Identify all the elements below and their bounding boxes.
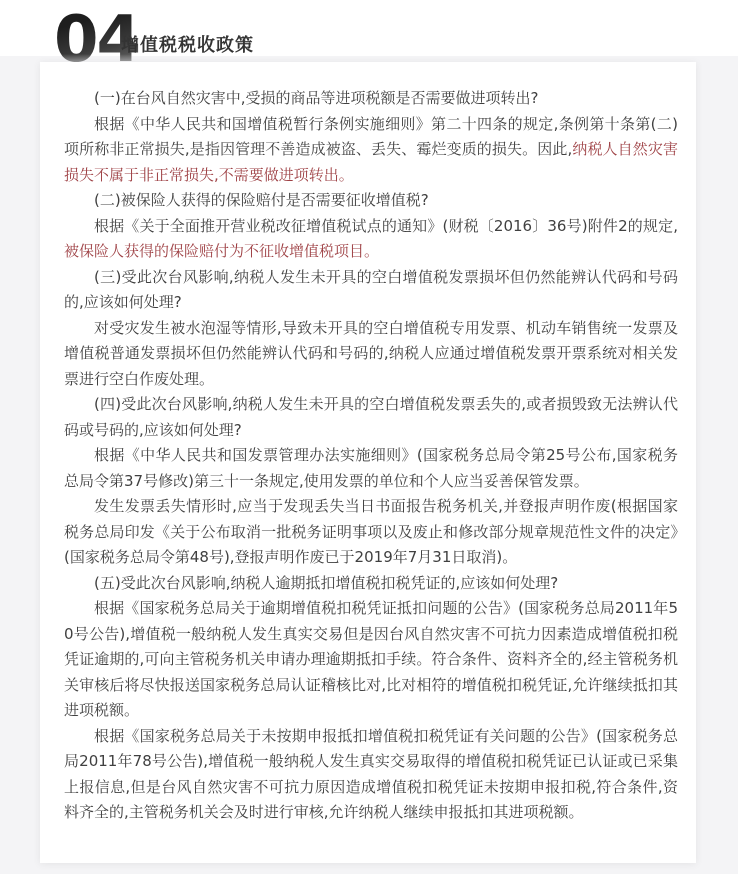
body-text: (二)被保险人获得的保险赔付是否需要征收增值税? (94, 191, 429, 209)
paragraph: 根据《中华人民共和国增值税暂行条例实施细则》第二十四条的规定,条例第十条第(二)… (64, 112, 678, 189)
paragraph: 发生发票丢失情形时,应当于发现丢失当日书面报告税务机关,并登报声明作废(根据国家… (64, 494, 678, 571)
body-text: (五)受此次台风影响,纳税人逾期抵扣增值税扣税凭证的,应该如何处理? (94, 574, 558, 592)
body-text: (一)在台风自然灾害中,受损的商品等进项税额是否需要做进项转出? (94, 89, 538, 107)
body-text: 发生发票丢失情形时,应当于发现丢失当日书面报告税务机关,并登报声明作废(根据国家… (64, 497, 678, 566)
paragraph: 根据《国家税务总局关于逾期增值税扣税凭证抵扣问题的公告》(国家税务总局2011年… (64, 596, 678, 724)
paragraph: (二)被保险人获得的保险赔付是否需要征收增值税? (64, 188, 678, 214)
body-text: 根据《中华人民共和国发票管理办法实施细则》(国家税务总局令第25号公布,国家税务… (64, 446, 678, 490)
article-body: (一)在台风自然灾害中,受损的商品等进项税额是否需要做进项转出?根据《中华人民共… (64, 86, 678, 826)
body-text: 根据《国家税务总局关于未按期申报抵扣增值税扣税凭证有关问题的公告》(国家税务总局… (64, 727, 678, 822)
paragraph: 对受灾发生被水泡湿等情形,导致未开具的空白增值税专用发票、机动车销售统一发票及增… (64, 316, 678, 393)
paragraph: 根据《中华人民共和国发票管理办法实施细则》(国家税务总局令第25号公布,国家税务… (64, 443, 678, 494)
body-text: (三)受此次台风影响,纳税人发生未开具的空白增值税发票损坏但仍然能辨认代码和号码… (64, 268, 678, 312)
policy-card: (一)在台风自然灾害中,受损的商品等进项税额是否需要做进项转出?根据《中华人民共… (40, 62, 696, 863)
paragraph: (五)受此次台风影响,纳税人逾期抵扣增值税扣税凭证的,应该如何处理? (64, 571, 678, 597)
paragraph: (三)受此次台风影响,纳税人发生未开具的空白增值税发票损坏但仍然能辨认代码和号码… (64, 265, 678, 316)
paragraph: (四)受此次台风影响,纳税人发生未开具的空白增值税发票丢失的,或者损毁致无法辨认… (64, 392, 678, 443)
page-title: 增值税税收政策 (121, 31, 254, 57)
paragraph: 根据《关于全面推开营业税改征增值税试点的通知》(财税〔2016〕36号)附件2的… (64, 214, 678, 265)
body-text: (四)受此次台风影响,纳税人发生未开具的空白增值税发票丢失的,或者损毁致无法辨认… (64, 395, 678, 439)
paragraph: (一)在台风自然灾害中,受损的商品等进项税额是否需要做进项转出? (64, 86, 678, 112)
body-text: 根据《国家税务总局关于逾期增值税扣税凭证抵扣问题的公告》(国家税务总局2011年… (64, 599, 678, 719)
body-text: 根据《关于全面推开营业税改征增值税试点的通知》(财税〔2016〕36号)附件2的… (94, 217, 678, 235)
highlighted-text: 被保险人获得的保险赔付为不征收增值税项目。 (64, 242, 379, 260)
body-text: 对受灾发生被水泡湿等情形,导致未开具的空白增值税专用发票、机动车销售统一发票及增… (64, 319, 678, 388)
paragraph: 根据《国家税务总局关于未按期申报抵扣增值税扣税凭证有关问题的公告》(国家税务总局… (64, 724, 678, 826)
